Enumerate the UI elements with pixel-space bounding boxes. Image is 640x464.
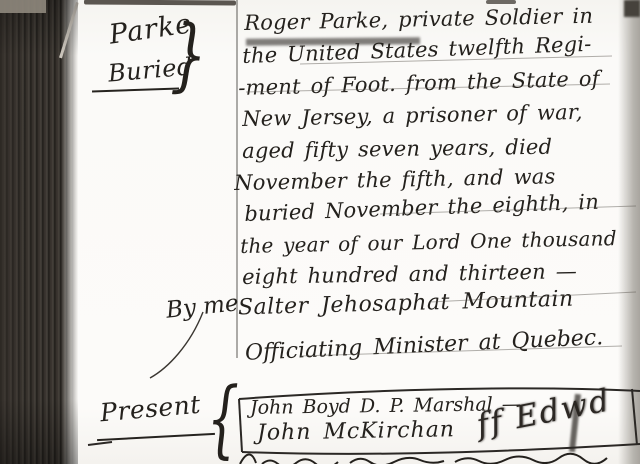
entry-line-4: New Jersey, a prisoner of war, (242, 102, 583, 130)
binding-top-corner (0, 0, 46, 13)
entry-line-5: aged fifty seven years, died (242, 137, 552, 162)
top-right-corner-shadow (624, 0, 640, 17)
entry-line-6: November the fifth, and was (234, 166, 556, 194)
page-right-edge-shadow (618, 0, 640, 464)
margin-dash (88, 442, 112, 445)
entry-line-8: the year of our Lord One thousand (240, 228, 617, 256)
officiant-title: Officiating Minister at Quebec. (245, 327, 604, 365)
present-brace: { (207, 376, 239, 460)
present-underline (97, 433, 215, 441)
present-label: Present (99, 392, 202, 426)
book-binding-page-edges (0, 0, 78, 464)
entry-line-9: eight hundred and thirteen — (242, 261, 577, 288)
clipped-bottom-handwriting (240, 454, 607, 464)
byline-prefix: By me (165, 292, 240, 322)
entry-line-1: Roger Parke, private Soldier in (244, 6, 593, 34)
heading-brace: } (170, 14, 208, 96)
entry-line-7: buried November the eighth, in (244, 192, 599, 225)
scanned-burial-register-page: Parke Buried } Roger Parke, private Sold… (0, 0, 640, 464)
entry-line-3: -ment of Foot. from the State of (238, 69, 600, 99)
top-edge-shadow (84, 0, 236, 6)
top-edge-ink-mark (486, 0, 516, 4)
heading-underline (92, 87, 179, 92)
officiant-name: Salter Jehosaphat Mountain (238, 289, 574, 320)
witness-name-2: John McKirchan (257, 419, 455, 444)
